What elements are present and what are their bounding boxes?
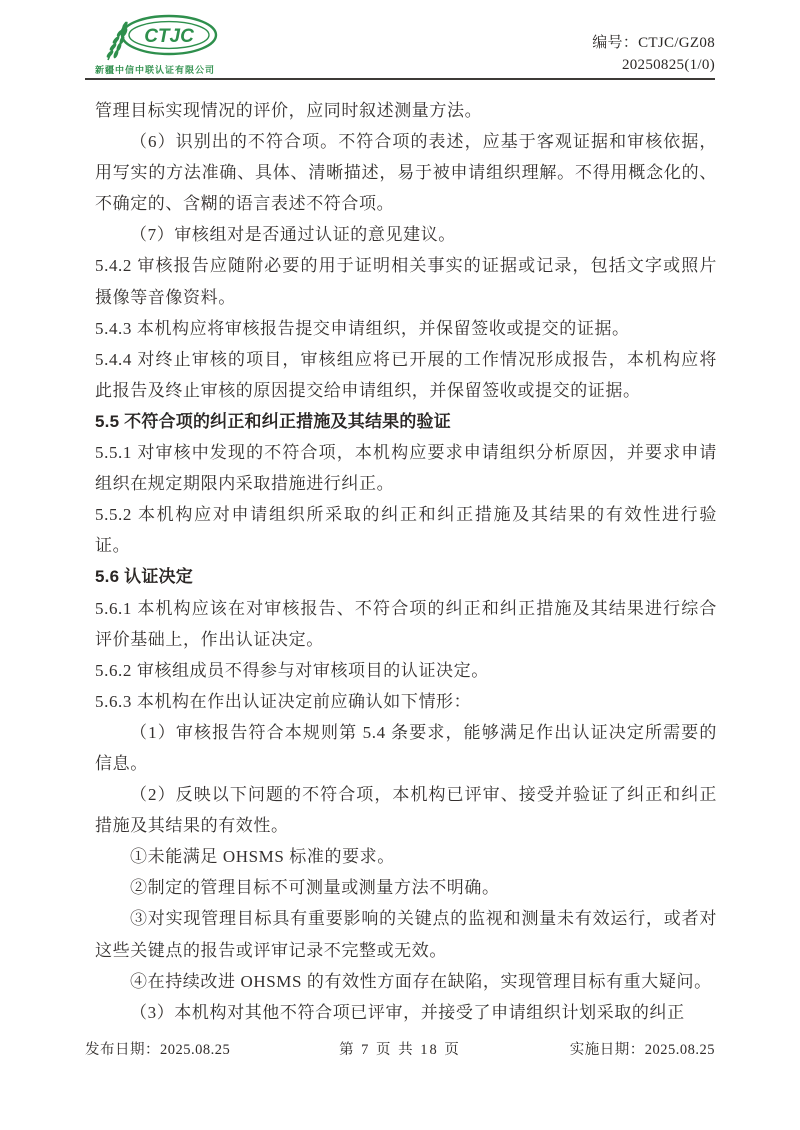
doc-number-label: 编号： (592, 35, 638, 51)
doc-number-block: 编号：CTJC/GZ08 20250825(1/0) (592, 32, 715, 76)
para-5-6-3: 5.6.3 本机构在作出认证决定前应确认如下情形： (95, 686, 717, 717)
para-circle-3: ③对实现管理目标具有重要影响的关键点的监视和测量未有效运行，或者对这些关键点的报… (95, 903, 717, 965)
document-body: 管理目标实现情况的评价，应同时叙述测量方法。 （6）识别出的不符合项。不符合项的… (95, 95, 717, 1028)
para-continuation: 管理目标实现情况的评价，应同时叙述测量方法。 (95, 95, 717, 126)
page-header: CTJC 新疆中信中联认证有限公司 编号：CTJC/GZ08 20250825(… (95, 14, 715, 76)
para-5-4-3: 5.4.3 本机构应将审核报告提交申请组织，并保留签收或提交的证据。 (95, 313, 717, 344)
para-circle-2: ②制定的管理目标不可测量或测量方法不明确。 (95, 872, 717, 903)
para-5-5-2: 5.5.2 本机构应对申请组织所采取的纠正和纠正措施及其结果的有效性进行验证。 (95, 499, 717, 561)
para-circle-4: ④在持续改进 OHSMS 的有效性方面存在缺陷，实现管理目标有重大疑问。 (95, 966, 717, 997)
header-divider (85, 78, 715, 80)
para-item-6: （6）识别出的不符合项。不符合项的表述，应基于客观证据和审核依据，用写实的方法准… (95, 126, 717, 219)
release-date: 发布日期：2025.08.25 (85, 1038, 230, 1059)
release-date-label: 发布日期： (85, 1042, 160, 1058)
doc-number-line: 编号：CTJC/GZ08 (592, 32, 715, 54)
doc-version: 20250825(1/0) (592, 54, 715, 76)
heading-5-6: 5.6 认证决定 (95, 561, 717, 592)
para-item-1: （1）审核报告符合本规则第 5.4 条要求，能够满足作出认证决定所需要的信息。 (95, 717, 717, 779)
para-circle-1: ①未能满足 OHSMS 标准的要求。 (95, 841, 717, 872)
implementation-date-value: 2025.08.25 (645, 1042, 715, 1058)
para-item-2: （2）反映以下问题的不符合项，本机构已评审、接受并验证了纠正和纠正措施及其结果的… (95, 779, 717, 841)
page-footer: 发布日期：2025.08.25 第 7 页 共 18 页 实施日期：2025.0… (85, 1038, 715, 1059)
implementation-date: 实施日期：2025.08.25 (570, 1038, 715, 1059)
doc-number-value: CTJC/GZ08 (638, 35, 715, 51)
document-page: CTJC 新疆中信中联认证有限公司 编号：CTJC/GZ08 20250825(… (0, 0, 800, 1130)
para-5-4-4: 5.4.4 对终止审核的项目，审核组应将已开展的工作情况形成报告，本机构应将此报… (95, 344, 717, 406)
para-5-6-2: 5.6.2 审核组成员不得参与对审核项目的认证决定。 (95, 655, 717, 686)
para-item-3: （3）本机构对其他不符合项已评审，并接受了申请组织计划采取的纠正 (95, 997, 717, 1028)
ctjc-logo-icon: CTJC (95, 14, 223, 62)
para-5-6-1: 5.6.1 本机构应该在对审核报告、不符合项的纠正和纠正措施及其结果进行综合评价… (95, 593, 717, 655)
logo: CTJC 新疆中信中联认证有限公司 (95, 14, 223, 76)
page-number: 第 7 页 共 18 页 (339, 1038, 461, 1059)
company-name: 新疆中信中联认证有限公司 (95, 63, 215, 76)
para-5-4-2: 5.4.2 审核报告应随附必要的用于证明相关事实的证据或记录，包括文字或照片摄像… (95, 250, 717, 312)
logo-letters: CTJC (144, 26, 194, 47)
heading-5-5: 5.5 不符合项的纠正和纠正措施及其结果的验证 (95, 406, 717, 437)
implementation-date-label: 实施日期： (570, 1042, 645, 1058)
para-item-7: （7）审核组对是否通过认证的意见建议。 (95, 219, 717, 250)
release-date-value: 2025.08.25 (160, 1042, 230, 1058)
para-5-5-1: 5.5.1 对审核中发现的不符合项，本机构应要求申请组织分析原因，并要求申请组织… (95, 437, 717, 499)
